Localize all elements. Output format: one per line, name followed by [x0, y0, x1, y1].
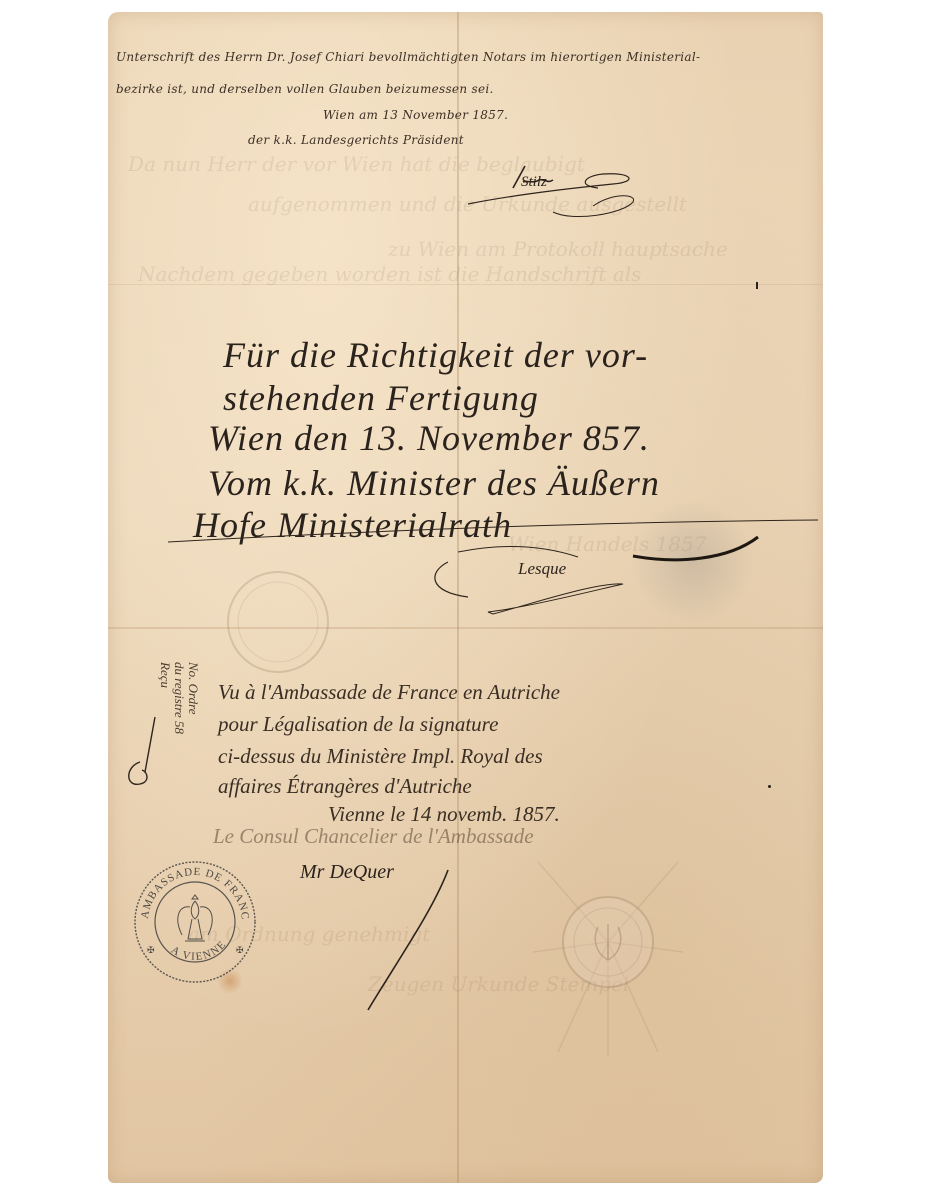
french-line-1: Vu à l'Ambassade de France en Autriche — [218, 680, 560, 705]
ink-mark — [756, 282, 758, 289]
french-line-3: ci-dessus du Ministère Impl. Royal des — [218, 744, 543, 769]
french-line-2: pour Légalisation de la signature — [218, 712, 498, 737]
svg-text:Mr DeQuer: Mr DeQuer — [299, 861, 394, 883]
ink-dot — [768, 785, 771, 788]
svg-text:A VIENNE: A VIENNE — [169, 938, 229, 963]
middle-text-line-1: Für die Richtigkeit der vor- — [223, 334, 648, 376]
document-paper: Da nun Herr der vor Wien hat die beglaub… — [108, 12, 823, 1183]
top-title-line: der k.k. Landesgerichts Präsident — [248, 133, 464, 147]
svg-text:Lesque: Lesque — [517, 559, 567, 578]
middle-text-line-4: Vom k.k. Minister des Äußern — [208, 462, 660, 504]
middle-text-line-2: stehenden Fertigung — [223, 377, 539, 419]
top-text-line-1: Unterschrift des Herrn Dr. Josef Chiari … — [116, 50, 700, 64]
svg-text:✠: ✠ — [236, 945, 244, 955]
french-line-4: affaires Étrangères d'Autriche — [218, 774, 472, 799]
svg-text:✠: ✠ — [147, 945, 155, 955]
signature-lesque: Lesque — [428, 532, 768, 632]
austrian-dry-seal — [528, 842, 688, 1062]
middle-date-line: Wien den 13. November 857. — [208, 417, 650, 459]
eagle-emblem-icon — [178, 895, 212, 941]
top-text-line-2: bezirke ist, und derselben vollen Glaube… — [116, 82, 494, 96]
svg-text:Stilz: Stilz — [521, 174, 547, 190]
svg-text:AMBASSADE DE FRANCE: AMBASSADE DE FRANCE — [126, 848, 251, 921]
signature-dequer: Mr DeQuer — [288, 850, 468, 1020]
signature-stilz: Stilz — [463, 162, 643, 222]
french-consul-line: Le Consul Chancelier de l'Ambassade — [213, 824, 534, 849]
faint-seal-left — [223, 567, 333, 677]
french-embassy-stamp: AMBASSADE DE FRANCE A VIENNE ✠ ✠ — [130, 857, 260, 987]
margin-initials — [120, 712, 170, 792]
top-date-line: Wien am 13 November 1857. — [323, 108, 508, 122]
